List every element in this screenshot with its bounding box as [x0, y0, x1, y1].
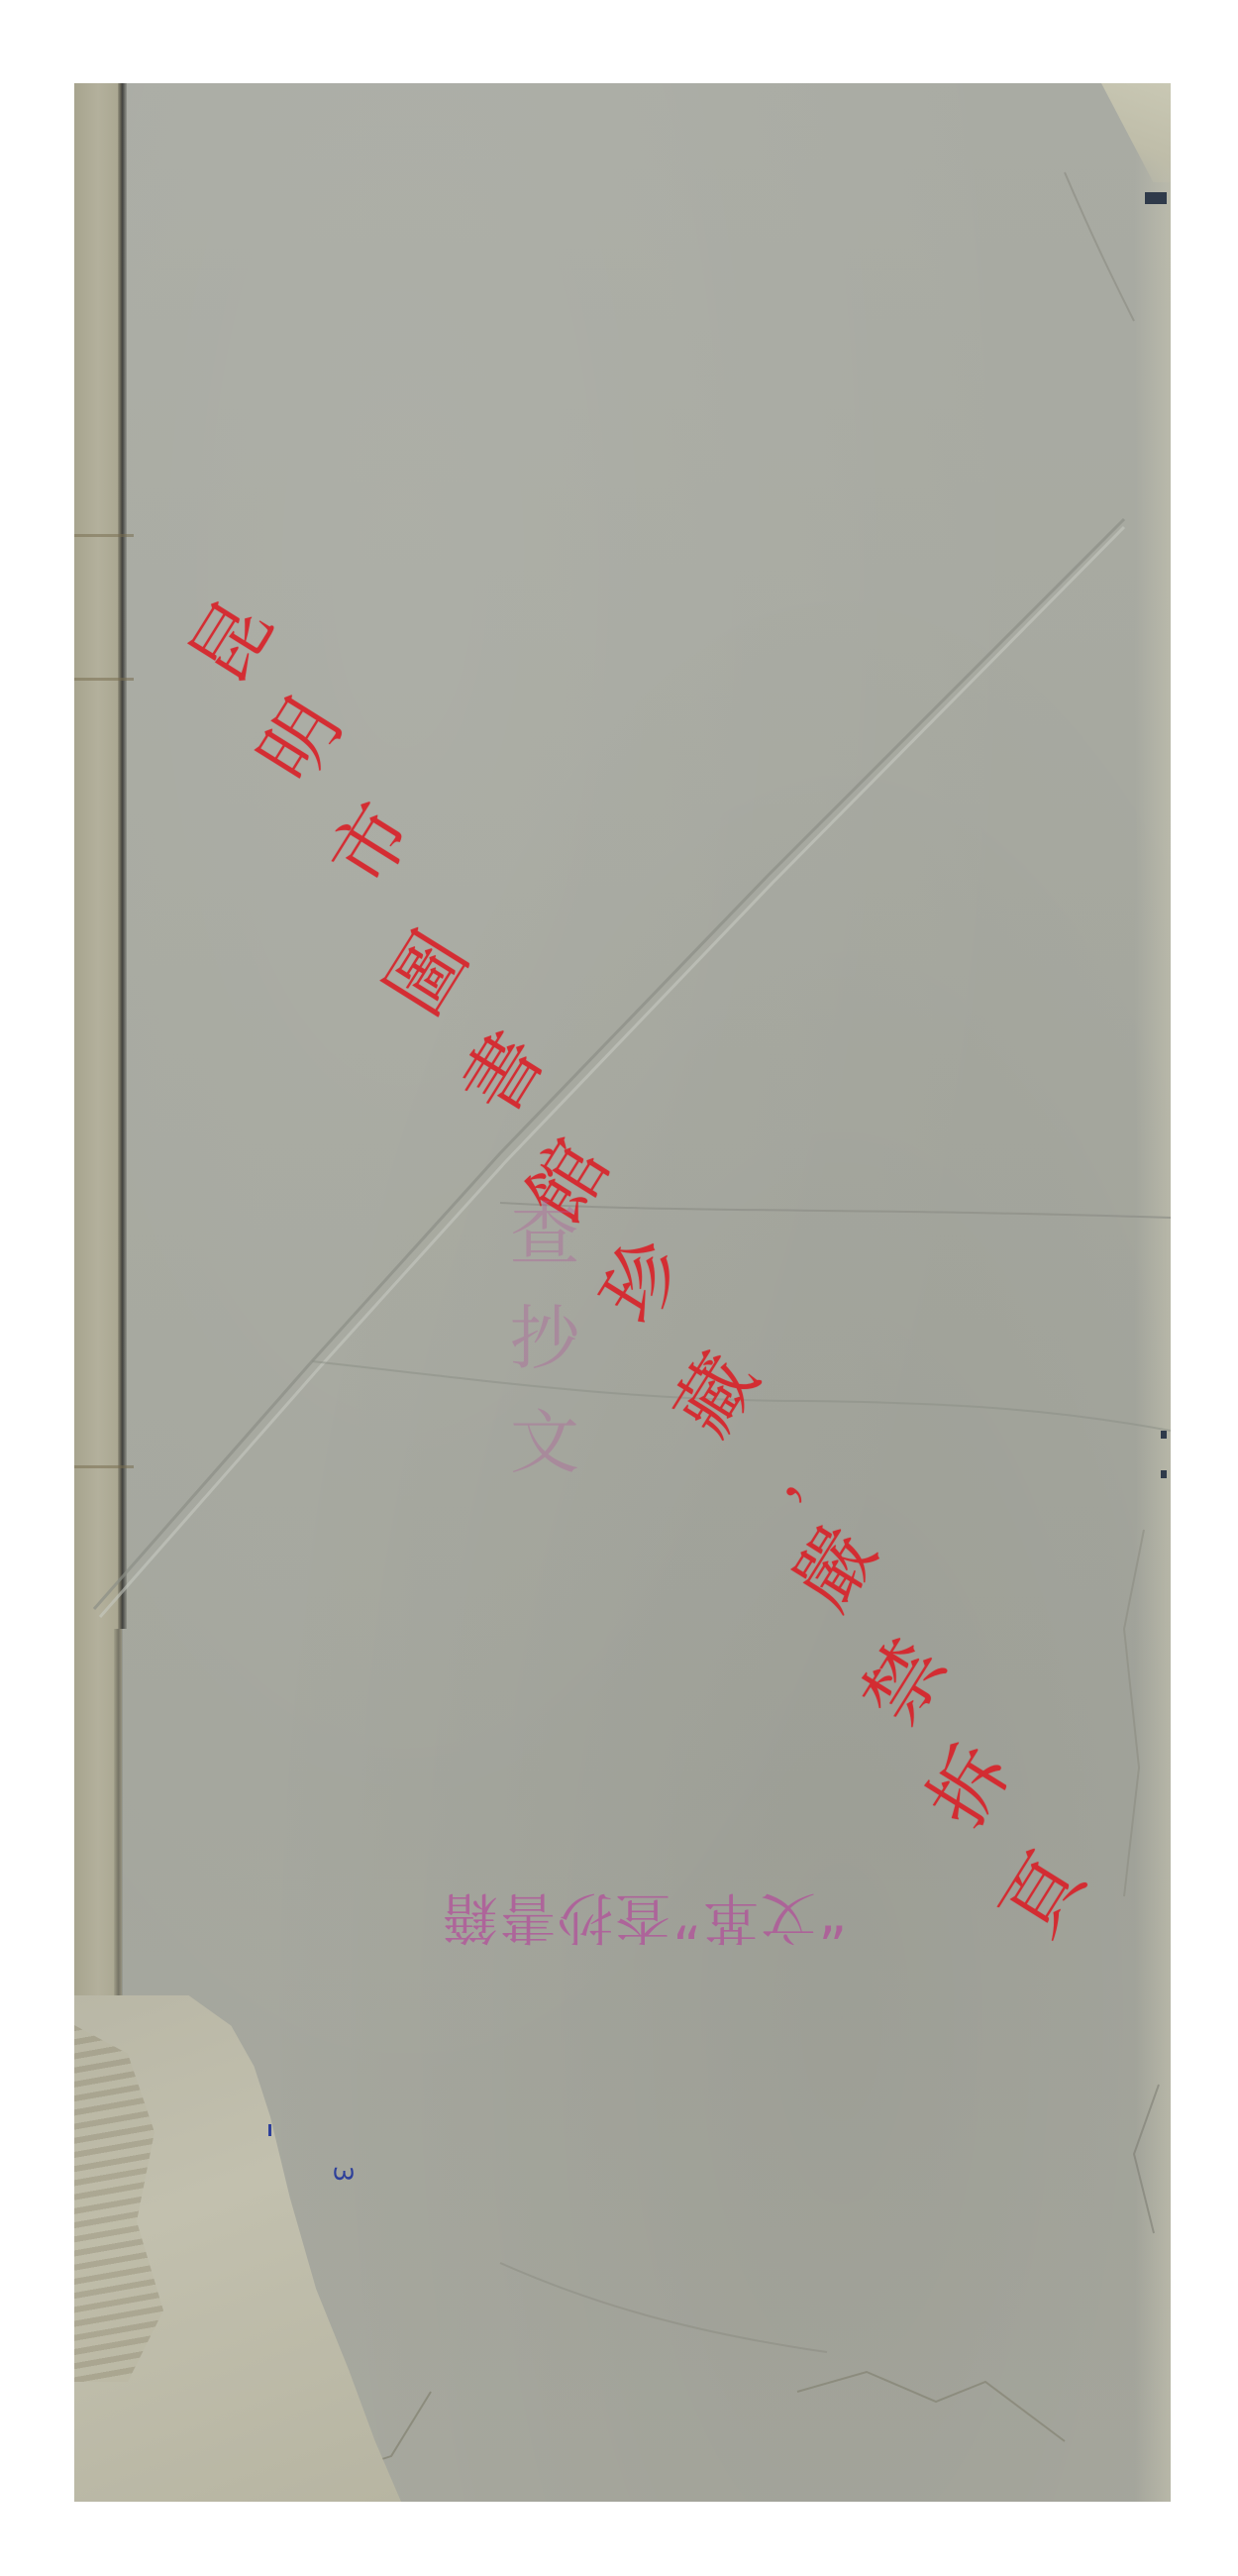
- faint-stamp-char: 查: [510, 1183, 579, 1287]
- faint-stamp-char: 抄: [510, 1287, 579, 1391]
- document-page: 昆 明 市 圖 書 館 珍 藏 ， 嚴 禁 拆 頁 查 抄 文 “文革”查抄書籍…: [74, 83, 1171, 2502]
- pen-tick-mark: [268, 2124, 271, 2136]
- confiscation-stamp: “文革”查抄書籍: [510, 1881, 847, 1951]
- pen-number-mark: 3: [327, 2166, 357, 2183]
- faint-stamp-char: 文: [510, 1391, 579, 1495]
- faint-vertical-stamp: 查 抄 文: [500, 1183, 589, 1619]
